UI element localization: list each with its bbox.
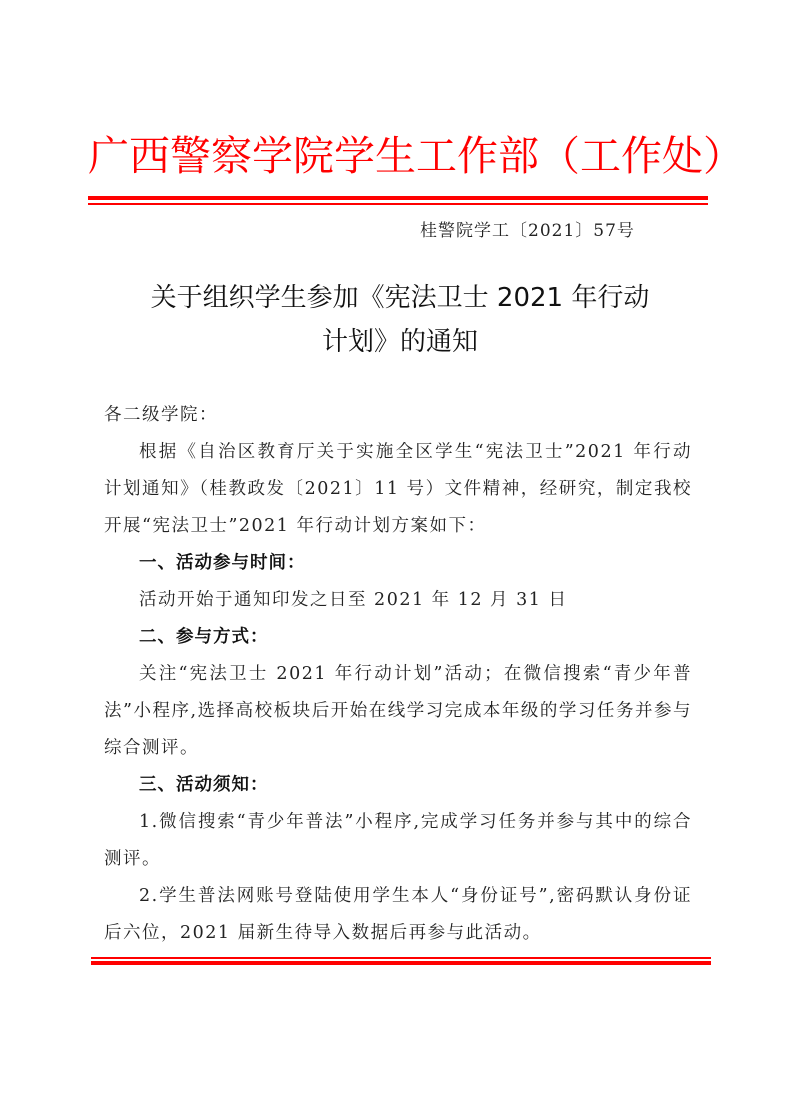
letterhead-title: 广西警察学院学生工作部（工作处） — [88, 128, 708, 184]
footer-rule-thin — [91, 957, 711, 959]
document-page: 广西警察学院学生工作部（工作处） 桂警院学工〔2021〕57号 关于组织学生参加… — [0, 0, 794, 1108]
title-line-2: 计划》的通知 — [100, 320, 700, 364]
notice-item-1: 1.微信搜索“青少年普法”小程序,完成学习任务并参与其中的综合测评。 — [104, 804, 692, 878]
section-method-text: 关注“宪法卫士 2021 年行动计划”活动；在微信搜索“青少年普法”小程序,选择… — [104, 656, 692, 767]
salutation: 各二级学院： — [104, 397, 692, 434]
section-heading-notice: 三、活动须知： — [104, 767, 692, 804]
header-rule-thick — [88, 196, 708, 200]
intro-paragraph: 根据《自治区教育厅关于实施全区学生“宪法卫士”2021 年行动计划通知》（桂教政… — [104, 434, 692, 545]
document-body: 各二级学院： 根据《自治区教育厅关于实施全区学生“宪法卫士”2021 年行动计划… — [104, 397, 692, 952]
document-number: 桂警院学工〔2021〕57号 — [420, 218, 680, 244]
section-heading-method: 二、参与方式： — [104, 619, 692, 656]
document-title: 关于组织学生参加《宪法卫士 2021 年行动 计划》的通知 — [100, 276, 700, 364]
section-time-text: 活动开始于通知印发之日至 2021 年 12 月 31 日 — [104, 582, 692, 619]
header-rule-thin — [88, 203, 708, 205]
notice-item-2: 2.学生普法网账号登陆使用学生本人“身份证号”,密码默认身份证后六位，2021 … — [104, 878, 692, 952]
footer-rule-thick — [91, 961, 711, 965]
section-heading-time: 一、活动参与时间： — [104, 545, 692, 582]
title-line-1: 关于组织学生参加《宪法卫士 2021 年行动 — [100, 276, 700, 320]
